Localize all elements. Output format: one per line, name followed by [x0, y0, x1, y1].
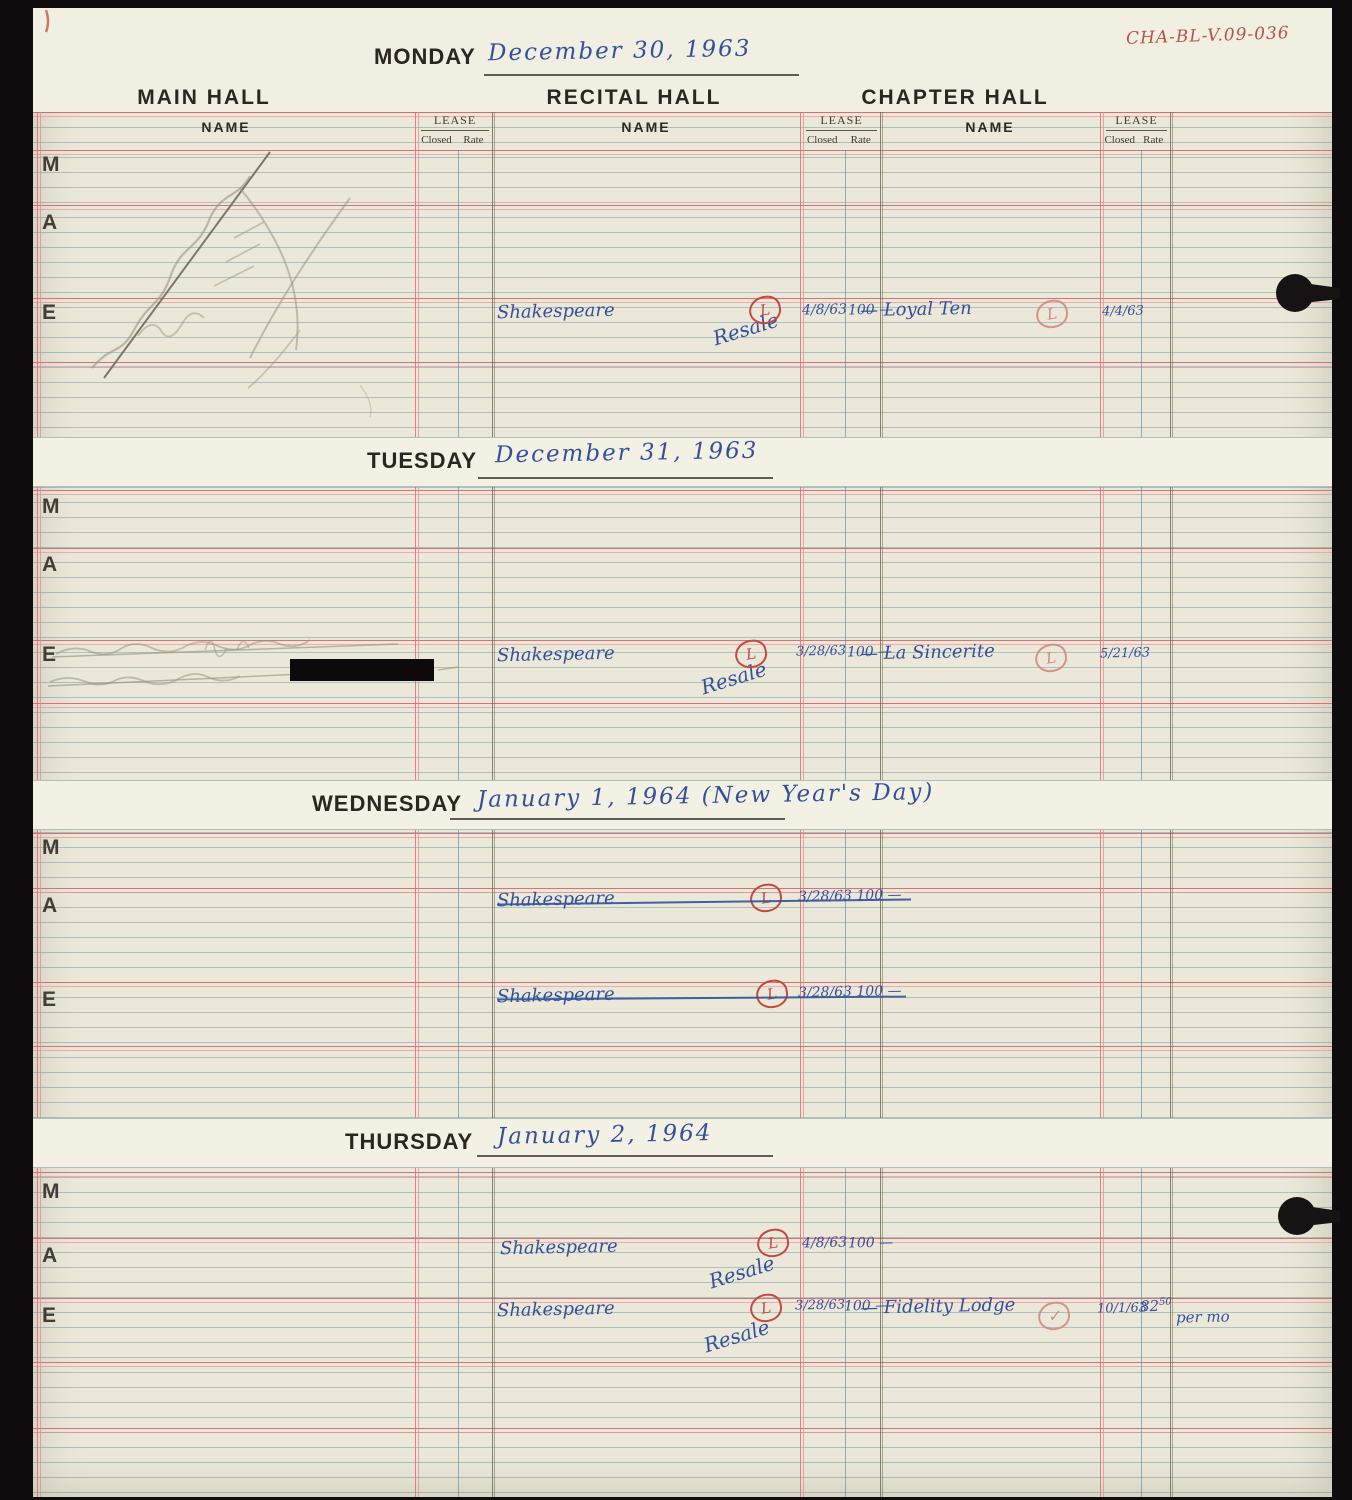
lease-mark: L — [760, 888, 773, 907]
rate-label: Rate — [455, 131, 492, 150]
entry-name: — Fidelity Lodge — [860, 1294, 1016, 1318]
red-rule — [33, 703, 1332, 708]
red-rule — [33, 1046, 1332, 1051]
rate-amount: 82 — [1140, 1297, 1159, 1315]
row-label-morning: M — [42, 1180, 60, 1204]
lease-mark: ✓ — [1046, 1306, 1061, 1326]
name-header-chapter: NAME — [880, 119, 1100, 135]
entry-name: Shakespeare — [497, 643, 615, 666]
rate-cents: 50 — [1159, 1297, 1172, 1308]
lease-header-chapter: LEASE ClosedRate — [1103, 112, 1170, 150]
lease-label: LEASE — [1106, 112, 1167, 131]
row-label-evening: E — [42, 643, 56, 667]
day-date-monday: December 30, 1963 — [488, 36, 752, 67]
entry-name: — La Sincerite — [860, 641, 995, 665]
day-title-thursday: THURSDAY — [345, 1129, 473, 1155]
entry-rate: 100 — — [848, 1235, 893, 1252]
red-rule — [33, 1238, 1332, 1243]
row-label-afternoon: A — [42, 1244, 57, 1268]
day-date-thursday: January 2, 1964 — [497, 1120, 713, 1150]
row-label-morning: M — [42, 495, 60, 519]
red-rule — [33, 490, 1332, 495]
lease-header-recital: LEASE ClosedRate — [803, 112, 880, 150]
ledger-paper — [33, 8, 1332, 1497]
lease-mark: L — [1045, 648, 1058, 667]
entry-name: Shakespeare — [500, 1236, 618, 1259]
entry-rate-note: per mo — [1176, 1307, 1230, 1326]
scanned-ledger-page: CHA-BL-V.09-036 MAIN HALL RECITAL HALL C… — [0, 0, 1352, 1500]
day-title-tuesday: TUESDAY — [367, 448, 477, 474]
red-rule — [33, 982, 1332, 987]
lease-mark: L — [745, 644, 758, 663]
lease-header-main: LEASE ClosedRate — [418, 112, 492, 150]
entry-closed-date: 4/4/63 — [1102, 304, 1144, 320]
entry-closed-date: 3/28/63 — [795, 1297, 845, 1313]
entry-name: Shakespeare — [497, 984, 615, 1007]
red-rule — [33, 888, 1332, 893]
lease-mark: L — [760, 1298, 773, 1317]
row-label-afternoon: A — [42, 894, 57, 918]
day-date-tuesday: December 31, 1963 — [495, 438, 759, 469]
entry-numbers: 3/28/63 100 — — [798, 983, 902, 1001]
date-underline — [478, 477, 773, 479]
entry-rate: 8250 — [1140, 1297, 1172, 1316]
row-label-evening: E — [42, 1304, 56, 1328]
lease-mark: L — [1046, 304, 1059, 323]
closed-label: Closed — [1103, 131, 1137, 150]
row-label-afternoon: A — [42, 211, 57, 235]
closed-label: Closed — [418, 131, 455, 150]
entry-closed-date: 4/8/63 — [802, 302, 847, 319]
lease-label: LEASE — [806, 112, 877, 131]
hall-title-chapter: CHAPTER HALL — [805, 86, 1105, 110]
date-underline — [450, 818, 785, 820]
red-rule — [33, 362, 1332, 367]
rate-label: Rate — [1137, 131, 1171, 150]
red-rule — [33, 150, 1332, 155]
lease-label: LEASE — [421, 112, 489, 131]
entry-name: — Loyal Ten — [860, 298, 972, 321]
row-label-evening: E — [42, 988, 56, 1012]
row-label-morning: M — [42, 836, 60, 860]
row-label-afternoon: A — [42, 553, 57, 577]
red-rule — [33, 1362, 1332, 1367]
red-rule — [33, 205, 1332, 210]
date-underline — [484, 74, 799, 76]
closed-label: Closed — [803, 131, 842, 150]
row-label-morning: M — [42, 153, 60, 177]
red-rule — [33, 1428, 1332, 1433]
entry-closed-date: 3/28/63 — [796, 643, 846, 659]
red-rule — [33, 833, 1332, 838]
entry-closed-date: 5/21/63 — [1100, 645, 1150, 661]
lease-mark: L — [766, 984, 779, 1003]
row-label-evening: E — [42, 301, 56, 325]
entry-name: Shakespeare — [497, 888, 615, 911]
name-header-main: NAME — [37, 119, 415, 135]
red-rule — [33, 640, 1332, 645]
hall-title-recital: RECITAL HALL — [484, 86, 784, 110]
name-header-recital: NAME — [492, 119, 800, 135]
red-rule — [33, 298, 1332, 303]
hall-title-main: MAIN HALL — [54, 86, 354, 110]
date-underline — [477, 1155, 773, 1157]
entry-closed-date: 4/8/63 — [802, 1235, 847, 1252]
rate-label: Rate — [842, 131, 881, 150]
entry-numbers: 3/28/63 100 — — [798, 887, 902, 905]
redaction-bar — [290, 659, 434, 681]
day-title-wednesday: WEDNESDAY — [312, 791, 462, 817]
day-title-monday: MONDAY — [374, 44, 476, 70]
entry-name: Shakespeare — [497, 1298, 615, 1321]
lease-mark: L — [767, 1233, 780, 1252]
red-rule — [33, 1172, 1332, 1177]
lease-mark: L — [759, 300, 772, 319]
entry-name: Shakespeare — [497, 300, 615, 323]
red-rule — [33, 548, 1332, 553]
